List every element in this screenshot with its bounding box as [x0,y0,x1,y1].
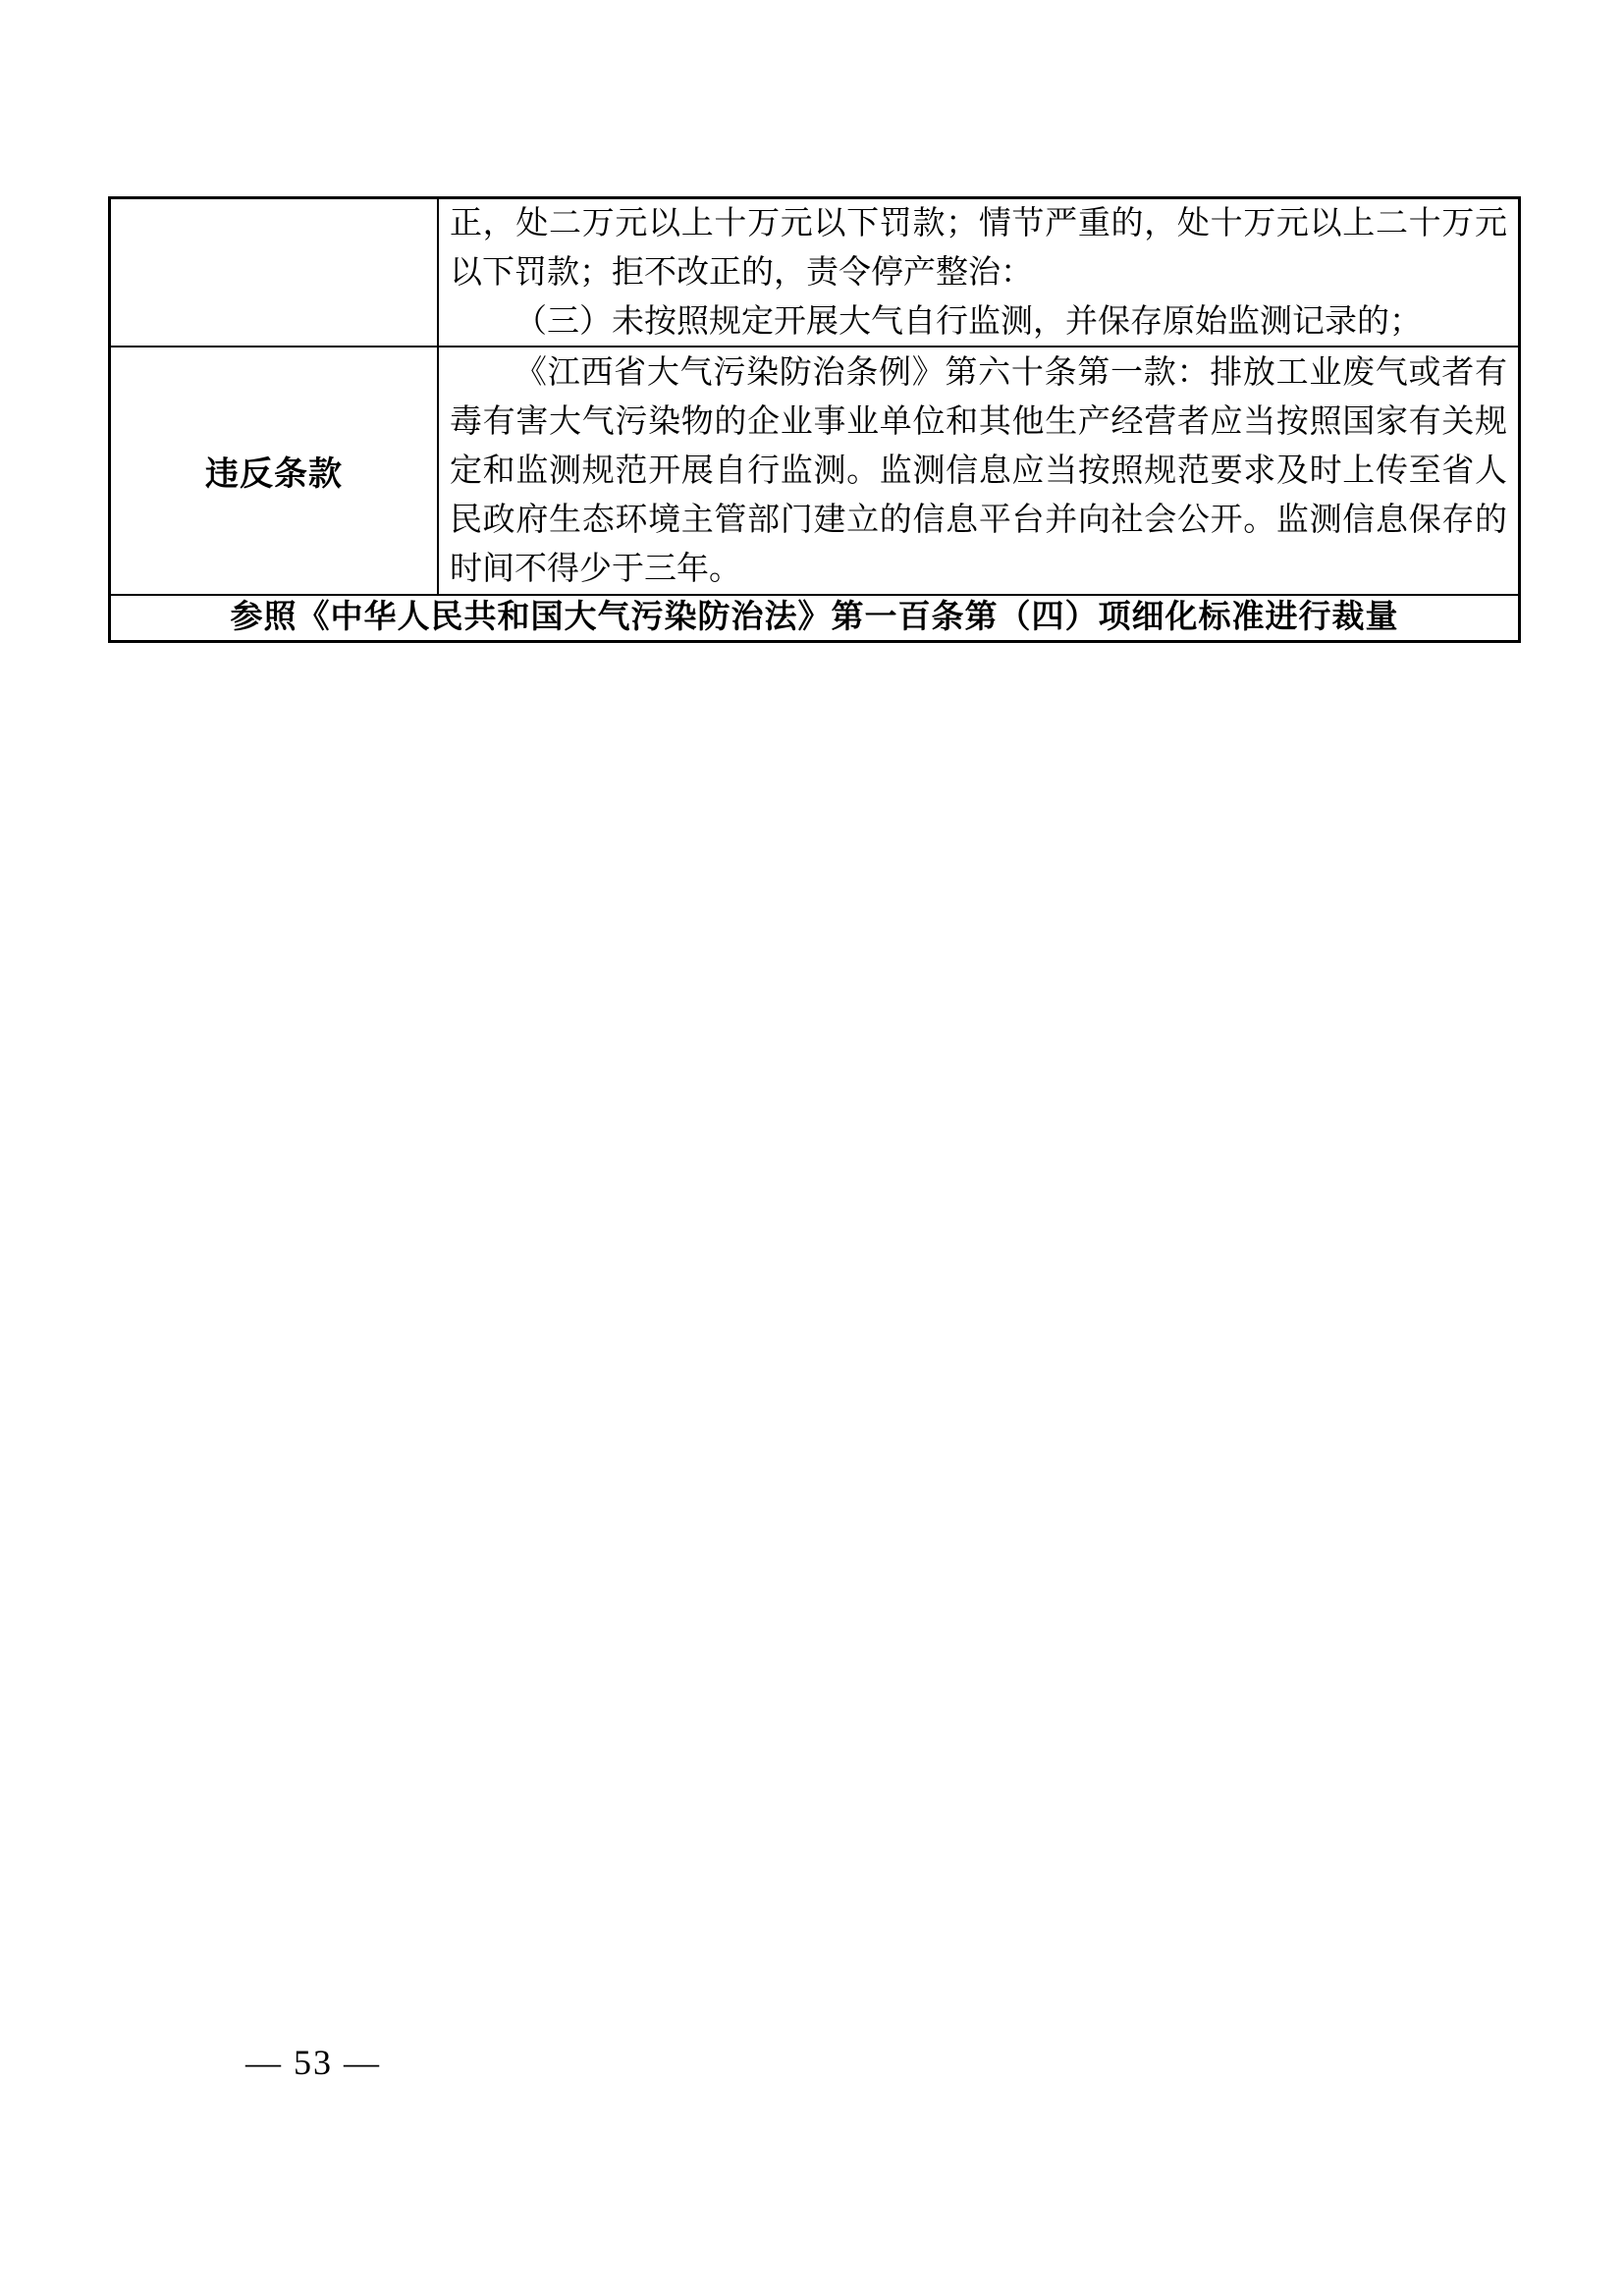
empty-label-cell [111,199,439,346]
item-three-paragraph: （三）未按照规定开展大气自行监测，并保存原始监测记录的； [450,297,1507,346]
document-page: 正，处二万元以上十万元以下罚款；情节严重的，处十万元以上二十万元以下罚款；拒不改… [0,0,1624,2296]
continuation-paragraph: 正，处二万元以上十万元以下罚款；情节严重的，处十万元以上二十万元以下罚款；拒不改… [450,199,1507,297]
continuation-text-cell: 正，处二万元以上十万元以下罚款；情节严重的，处十万元以上二十万元以下罚款；拒不改… [439,199,1518,346]
table-row-reference-standard: 参照《中华人民共和国大气污染防治法》第一百条第（四）项细化标准进行裁量 [111,594,1518,640]
violated-clause-text-cell: 《江西省大气污染防治条例》第六十条第一款：排放工业废气或者有毒有害大气污染物的企… [439,347,1518,594]
penalty-clause-table: 正，处二万元以上十万元以下罚款；情节严重的，处十万元以上二十万元以下罚款；拒不改… [108,196,1521,643]
reference-standard-text: 参照《中华人民共和国大气污染防治法》第一百条第（四）项细化标准进行裁量 [111,596,1518,640]
violated-clause-paragraph: 《江西省大气污染防治条例》第六十条第一款：排放工业废气或者有毒有害大气污染物的企… [450,348,1507,594]
violated-clause-label: 违反条款 [111,347,439,594]
table-row-violated-clause: 违反条款 《江西省大气污染防治条例》第六十条第一款：排放工业废气或者有毒有害大气… [111,346,1518,594]
page-number: — 53 — [245,2042,381,2083]
table-row-continuation: 正，处二万元以上十万元以下罚款；情节严重的，处十万元以上二十万元以下罚款；拒不改… [111,199,1518,346]
